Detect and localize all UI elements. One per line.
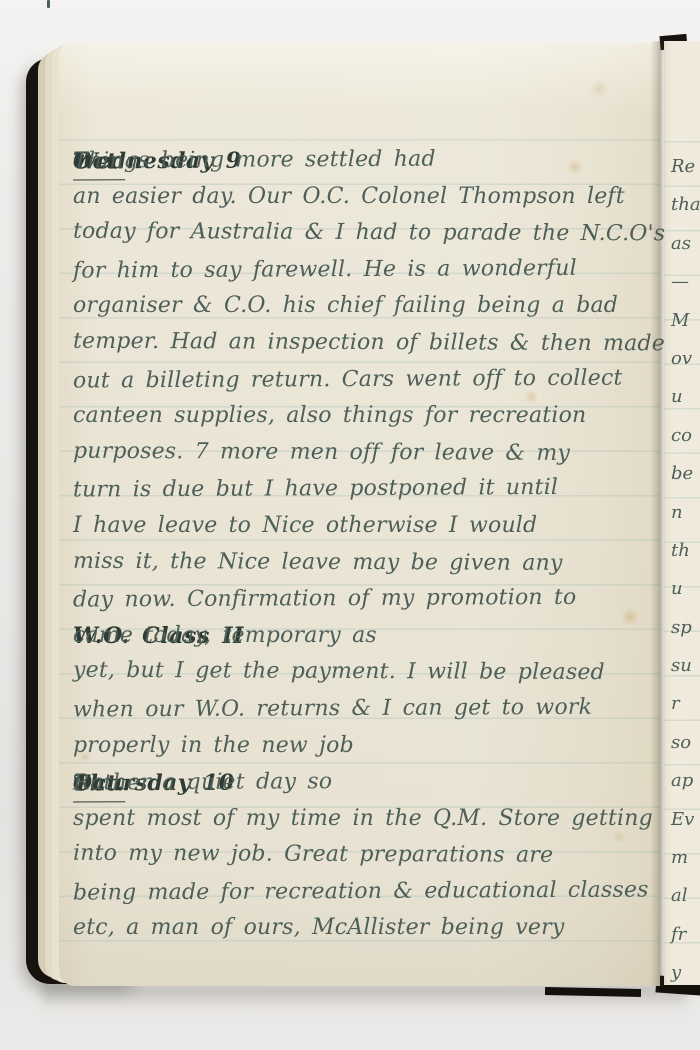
diary-line: canteen supplies, also things for recrea… [73,399,651,436]
text-fragment: M [671,303,700,341]
diary-line: Wednesday 9th Oct.Things being more sett… [73,141,651,181]
diary-line: Thursday 10th Oct.Rather a quiet day so [73,764,651,804]
diary-line-text: Things being more settled had [73,143,436,179]
text-fragment: co [671,418,700,456]
page-gutter-crease [650,41,667,986]
diary-line: W.O. Class IIcame today, temporary as [73,619,651,656]
text-fragment: th [671,533,700,571]
diary-line: properly in the new job [73,729,651,766]
text-fragment: Ev [671,802,700,840]
text-fragment: as [671,226,700,264]
diary-line: spent most of my time in the Q.M. Store … [73,802,651,839]
text-fragment: fr [671,917,700,955]
text-fragment: ap [671,763,700,801]
text-fragment: — [671,264,700,302]
facing-page-text-fragments: Re tha as — M ov u co be n th u sp su r … [671,149,700,994]
diary-line: temper. Had an inspection of billets & t… [73,325,651,364]
text-fragment: al [671,878,700,916]
text-fragment: n [671,495,700,533]
ink-speck [47,0,50,8]
text-fragment: u [671,571,700,609]
text-fragment: u [671,379,700,417]
diary-entry: Wednesday 9th Oct.Things being more sett… [73,143,651,765]
diary-line: organiser & C.O. his chief failing being… [73,289,651,326]
diary-line-text: Rather a quiet day so [73,765,333,800]
diary-line: into my new job. Great preparations are [73,837,651,876]
diary-line: I have leave to Nice otherwise I would [73,509,651,546]
text-fragment: m [671,840,700,878]
diary-line: day now. Confirmation of my promotion to [73,581,651,621]
diary-line: etc, a man of ours, McAllister being ver… [73,911,651,948]
text-fragment: su [671,648,700,686]
photo-backdrop: Wednesday 9th Oct.Things being more sett… [0,0,700,1050]
diary-line: miss it, the Nice leave may be given any [73,544,651,583]
text-fragment: Re [671,149,700,187]
text-fragment: ov [671,341,700,379]
diary-line: when our W.O. returns & I can get to wor… [73,690,651,730]
diary-entry: Thursday 10th Oct.Rather a quiet day so … [73,765,651,948]
diary-line: being made for recreation & educational … [73,873,651,913]
diary-line: today for Australia & I had to parade th… [73,215,651,254]
diary-line: turn is due but I have postponed it unti… [73,471,651,511]
diary-line-text: came today, temporary as [73,619,377,653]
diary-line: out a billeting return. Cars went off to… [73,361,651,401]
diary-text: Wednesday 9th Oct.Things being more sett… [73,143,651,948]
text-fragment: be [671,456,700,494]
diary-line: an easier day. Our O.C. Colonel Thompson… [73,180,651,217]
text-fragment: r [671,686,700,724]
diary-line: for him to say farewell. He is a wonderf… [73,251,651,291]
diary-line: yet, but I get the payment. I will be pl… [73,654,651,693]
diary-line: purposes. 7 more men off for leave & my [73,434,651,473]
text-fragment: y [671,955,700,993]
left-page: Wednesday 9th Oct.Things being more sett… [59,43,660,986]
text-fragment: sp [671,610,700,648]
text-fragment: so [671,725,700,763]
facing-page-sliver: Re tha as — M ov u co be n th u sp su r … [664,41,700,985]
text-fragment: tha [671,187,700,225]
